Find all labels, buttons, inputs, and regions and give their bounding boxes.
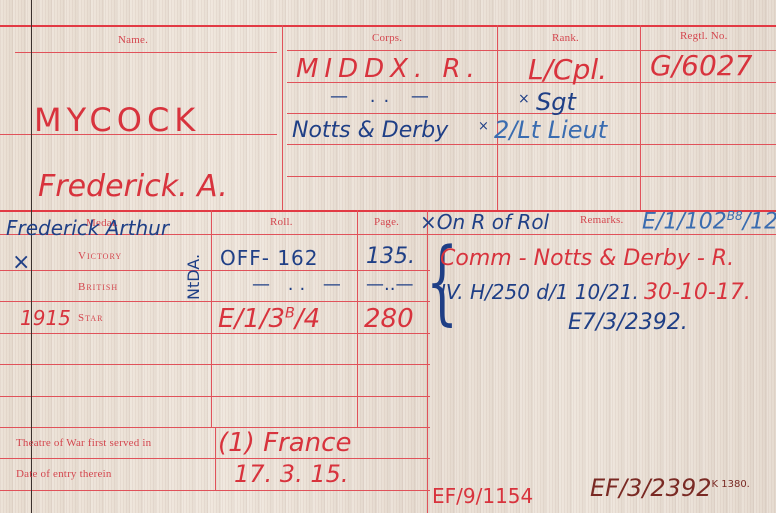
medal-star-label: Star	[78, 312, 103, 324]
corps-row-3	[287, 144, 776, 145]
top-rule	[0, 25, 776, 27]
roll-header: Roll.	[270, 216, 293, 228]
medal-row-2	[0, 301, 430, 302]
remarks-ref-sup: B8	[727, 209, 743, 223]
nod-a-note: NtDA.	[186, 254, 202, 300]
regtl-no-header: Regtl. No.	[680, 30, 728, 42]
date-entry-value: 17. 3. 15.	[234, 462, 349, 486]
theatre-value: (1) France	[218, 430, 351, 456]
remarks-ref-end: /1226	[743, 209, 776, 234]
rank-1: L/Cpl.	[528, 56, 607, 84]
star-1915-mark: 1915	[20, 308, 71, 328]
victory-page: 135.	[366, 246, 415, 268]
corps-ditto: — .. —	[330, 88, 437, 106]
page-header: Page.	[374, 216, 399, 228]
corps-1: MIDDX. R.	[296, 56, 481, 82]
medal-british-label: British	[78, 281, 118, 293]
footer-ref-2-main: EF/3/2392	[590, 474, 712, 502]
star-roll-sup: B	[285, 305, 295, 321]
star-roll: E/1/3B/4	[218, 306, 320, 332]
forename-full: Frederick Arthur	[6, 218, 169, 238]
rank-regtl-divider	[640, 25, 641, 210]
theatre-value-divider	[215, 427, 216, 490]
british-roll: — .. —	[252, 276, 347, 294]
x-mark: ×	[12, 252, 30, 274]
remarks-header: Remarks.	[580, 214, 623, 226]
surname: MYCOCK	[34, 104, 200, 136]
remarks-reference: E/1/102B8/1226	[642, 210, 776, 233]
remarks-line-1: Comm - Notts & Derby - R.	[440, 248, 734, 270]
remarks-line-2: IV. H/250 d/1 10/21.	[440, 282, 639, 302]
rank-2: Sgt	[536, 90, 576, 114]
corps-row-2	[287, 113, 776, 114]
footer-ref-2-sup: K 1380.	[712, 479, 750, 490]
remarks-date: 30-10-17.	[644, 282, 751, 304]
corps-2: Notts & Derby	[292, 120, 448, 142]
victory-roll: OFF- 162	[220, 248, 319, 268]
roll-page-divider	[357, 210, 358, 427]
medal-row-5	[0, 396, 430, 397]
remarks-line-3: E7/3/2392.	[568, 312, 688, 334]
star-roll-end: /4	[295, 304, 320, 334]
star-roll-main: E/1/3	[218, 304, 285, 334]
footer-reference-1: EF/9/1154	[432, 486, 533, 506]
regtl-no: G/6027	[650, 52, 752, 80]
header-underline	[15, 52, 277, 53]
medal-roll-divider	[211, 210, 212, 427]
remarks-ref-main: E/1/102	[642, 209, 727, 234]
rank-header: Rank.	[552, 32, 579, 44]
rank-3: 2/Lt Lieut	[494, 118, 607, 142]
rank-3-mark: ×	[478, 120, 489, 133]
name-header: Name.	[118, 34, 148, 46]
forename: Frederick. A.	[38, 172, 228, 202]
footer-reference-2: EF/3/2392K 1380.	[590, 476, 750, 500]
rank-2-mark: ×	[518, 92, 530, 106]
corps-header: Corps.	[372, 32, 402, 44]
medal-row-4	[0, 364, 430, 365]
name-corps-divider	[282, 25, 283, 210]
british-page: —..—	[366, 276, 413, 294]
date-bottom	[0, 490, 430, 491]
medal-victory-label: Victory	[78, 250, 122, 262]
date-entry-label: Date of entry therein	[16, 468, 112, 480]
medal-index-card: Name. Corps. Rank. Regtl. No. Medal. Rol…	[0, 0, 776, 513]
corps-row-4	[287, 176, 776, 177]
star-page: 280	[364, 306, 414, 332]
theatre-label: Theatre of War first served in	[16, 437, 151, 449]
medal-row-1	[0, 270, 430, 271]
